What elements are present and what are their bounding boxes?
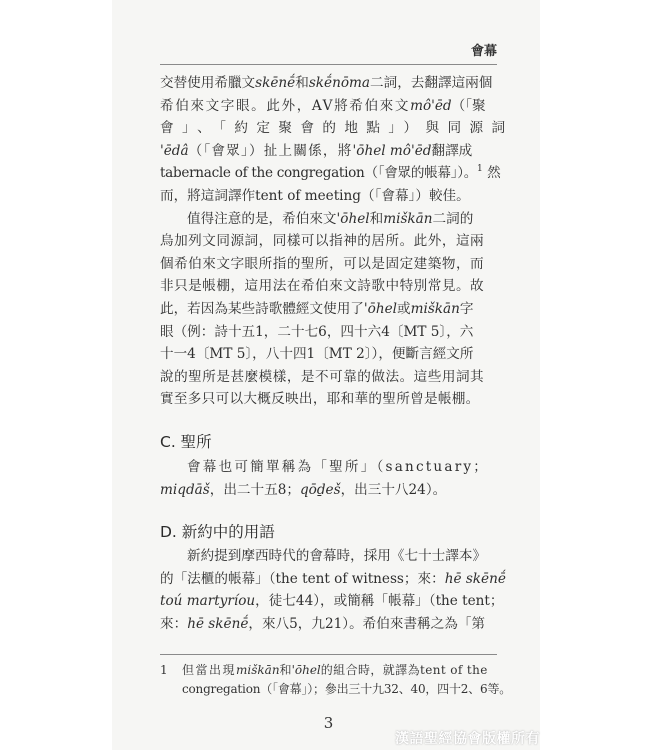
text-run: 非只是帳棚，這用法在希伯來文詩歌中特別常見。故 [160, 275, 484, 298]
hebrew-term: miškān [411, 301, 460, 317]
text-line: 眼（例：詩十五1，二十七6，四十六4〔MT 5〕，六 [160, 321, 497, 344]
footnote-line: 但當出現miškān和'ōhel的組合時，就譯為tent of the [182, 661, 497, 680]
text-run: 交替使用希臘文 [160, 75, 255, 91]
paragraph-2: 值得注意的是，希伯來文'ōhel和miškān二詞的 烏加列文同源詞，同樣可以指… [160, 208, 497, 411]
text-line: 說的聖所是甚麼模樣，是不可靠的做法。這些用詞其 [160, 366, 497, 389]
text-run: （「聚 [452, 98, 486, 114]
text-run: 希伯來文字眼。此外，AV將希伯來文 [160, 98, 410, 114]
footnote-body: 但當出現miškān和'ōhel的組合時，就譯為tent of the cong… [182, 661, 497, 699]
text-run: 二詞，去翻譯這兩個 [370, 75, 492, 91]
footnote-line: congregation（「會幕」）；參出三十九32、40，四十2、6等。 [182, 680, 497, 699]
text-line: toú martyríou，徒七44），或簡稱「帳幕」（the tent； [160, 590, 497, 613]
footnote-rule [160, 654, 497, 655]
text-run: 實至多只可以大概反映出，耶和華的聖所曾是帳棚。 [160, 388, 480, 411]
text-run: ，徒七44），或簡稱「帳幕」（the tent； [255, 593, 503, 609]
section-heading-d: D. 新約中的用語 [160, 520, 275, 542]
text-line: 的「法櫃的帳幕」（the tent of witness；來：hē skēnḗ [160, 568, 497, 591]
text-run: 而，將這詞譯作tent of meeting（「會幕」）較佳。 [160, 185, 470, 208]
hebrew-term: mô'ēd [410, 98, 452, 114]
hebrew-term: miškān [236, 663, 280, 677]
text-run: 和 [280, 663, 292, 677]
text-run: 說的聖所是甚麼模樣，是不可靠的做法。這些用詞其 [160, 366, 484, 389]
text-line: 交替使用希臘文skēnḗ和skḗnōma二詞，去翻譯這兩個 [160, 72, 497, 95]
running-head: 會幕 [160, 40, 497, 59]
text-run: 但當出現 [182, 663, 236, 677]
text-run: ，出三十八24）。 [341, 482, 447, 498]
greek-term: hē skēnḗ [187, 616, 248, 632]
text-run: 來： [160, 616, 187, 632]
text-line: 來：hē skēnḗ，來八5，九21）。希伯來書稱之為「第 [160, 613, 497, 636]
hebrew-term: qōḏeš [300, 482, 341, 498]
text-line: 值得注意的是，希伯來文'ōhel和miškān二詞的 [160, 208, 497, 231]
hebrew-term: 'ōhel mô'ēd [353, 143, 432, 159]
text-run: 十一4〔MT 5〕，八十四1〔MT 2〕），便斷言經文所 [160, 343, 474, 366]
greek-term: skḗnōma [309, 75, 370, 91]
text-run: 個希伯來文字眼所指的聖所，可以是固定建築物，而 [160, 253, 484, 276]
section-heading-c: C. 聖所 [160, 430, 212, 452]
paragraph-1: 交替使用希臘文skēnḗ和skḗnōma二詞，去翻譯這兩個 希伯來文字眼。此外，… [160, 72, 497, 208]
text-run: ，出二十五8； [210, 482, 300, 498]
hebrew-term: 'ōhel [337, 211, 370, 227]
text-run: 然 [483, 165, 501, 181]
text-line: 而，將這詞譯作tent of meeting（「會幕」）較佳。 [160, 185, 497, 208]
text-line: 此，若因為某些詩歌體經文使用了'ōhel或miškān字 [160, 298, 497, 321]
text-run: ，來八5，九21）。希伯來書稱之為「第 [248, 616, 485, 632]
text-run: congregation（「會幕」）；參出三十九32、40，四十2、6等。 [182, 682, 511, 696]
text-line: miqdāš，出二十五8；qōḏeš，出三十八24）。 [160, 479, 497, 502]
text-run: 值得注意的是，希伯來文 [187, 211, 337, 227]
text-line: 會」、「約定聚會的地點」）與同源詞 [160, 117, 497, 140]
text-line: 烏加列文同源詞，同樣可以指神的居所。此外，這兩 [160, 230, 497, 253]
greek-term: toú martyríou [160, 593, 255, 609]
header-rule [160, 64, 497, 65]
text-run: 和 [370, 211, 384, 227]
text-run: tabernacle of the congregation（「會眾的帳幕」）。 [160, 165, 477, 181]
greek-term: hē skēnḗ [445, 571, 506, 587]
text-run: 烏加列文同源詞，同樣可以指神的居所。此外，這兩 [160, 230, 484, 253]
text-run: 會」、「約定聚會的地點」）與同源詞 [160, 117, 514, 140]
section-c-paragraph: 會幕也可簡單稱為「聖所」（sanctuary； miqdāš，出二十五8；qōḏ… [160, 456, 497, 501]
text-line: 十一4〔MT 5〕，八十四1〔MT 2〕），便斷言經文所 [160, 343, 497, 366]
text-run: 此，若因為某些詩歌體經文使用了 [160, 301, 364, 317]
text-line: 希伯來文字眼。此外，AV將希伯來文mô'ēd（「聚 [160, 95, 497, 118]
hebrew-term: miqdāš [160, 482, 210, 498]
text-run: 字 [460, 301, 474, 317]
footnote-number: 1 [160, 661, 168, 680]
text-run: 或 [397, 301, 411, 317]
text-run: 的組合時，就譯為tent of the [321, 663, 488, 677]
text-run: 和 [295, 75, 309, 91]
hebrew-term: miškān [383, 211, 432, 227]
greek-term: skēnḗ [255, 75, 295, 91]
copyright-watermark: 漢語聖經協會版權所有 [395, 728, 540, 748]
text-run: 翻譯成 [431, 143, 472, 159]
text-line: 新約提到摩西時代的會幕時，採用《七十士譯本》 [160, 545, 497, 568]
text-line: 'ēdâ（「會眾」）扯上關係，將'ōhel mô'ēd翻譯成 [160, 140, 497, 163]
text-line: tabernacle of the congregation（「會眾的帳幕」）。… [160, 162, 497, 185]
text-run: （「會眾」）扯上關係，將 [189, 143, 353, 159]
text-line: 個希伯來文字眼所指的聖所，可以是固定建築物，而 [160, 253, 497, 276]
text-line: 非只是帳棚，這用法在希伯來文詩歌中特別常見。故 [160, 275, 497, 298]
text-run: 會幕也可簡單稱為「聖所」（sanctuary； [187, 456, 489, 479]
text-run: 眼（例：詩十五1，二十七6，四十六4〔MT 5〕，六 [160, 321, 473, 344]
text-line: 會幕也可簡單稱為「聖所」（sanctuary； [160, 456, 497, 479]
text-run: 二詞的 [433, 211, 474, 227]
text-line: 實至多只可以大概反映出，耶和華的聖所曾是帳棚。 [160, 388, 497, 411]
hebrew-term: 'ōhel [364, 301, 397, 317]
hebrew-term: 'ēdâ [160, 143, 189, 159]
text-run: 的「法櫃的帳幕」（the tent of witness；來： [160, 571, 445, 587]
text-run: 新約提到摩西時代的會幕時，採用《七十士譯本》 [187, 545, 486, 568]
hebrew-term: 'ōhel [292, 663, 321, 677]
section-d-paragraph: 新約提到摩西時代的會幕時，採用《七十士譯本》 的「法櫃的帳幕」（the tent… [160, 545, 497, 635]
